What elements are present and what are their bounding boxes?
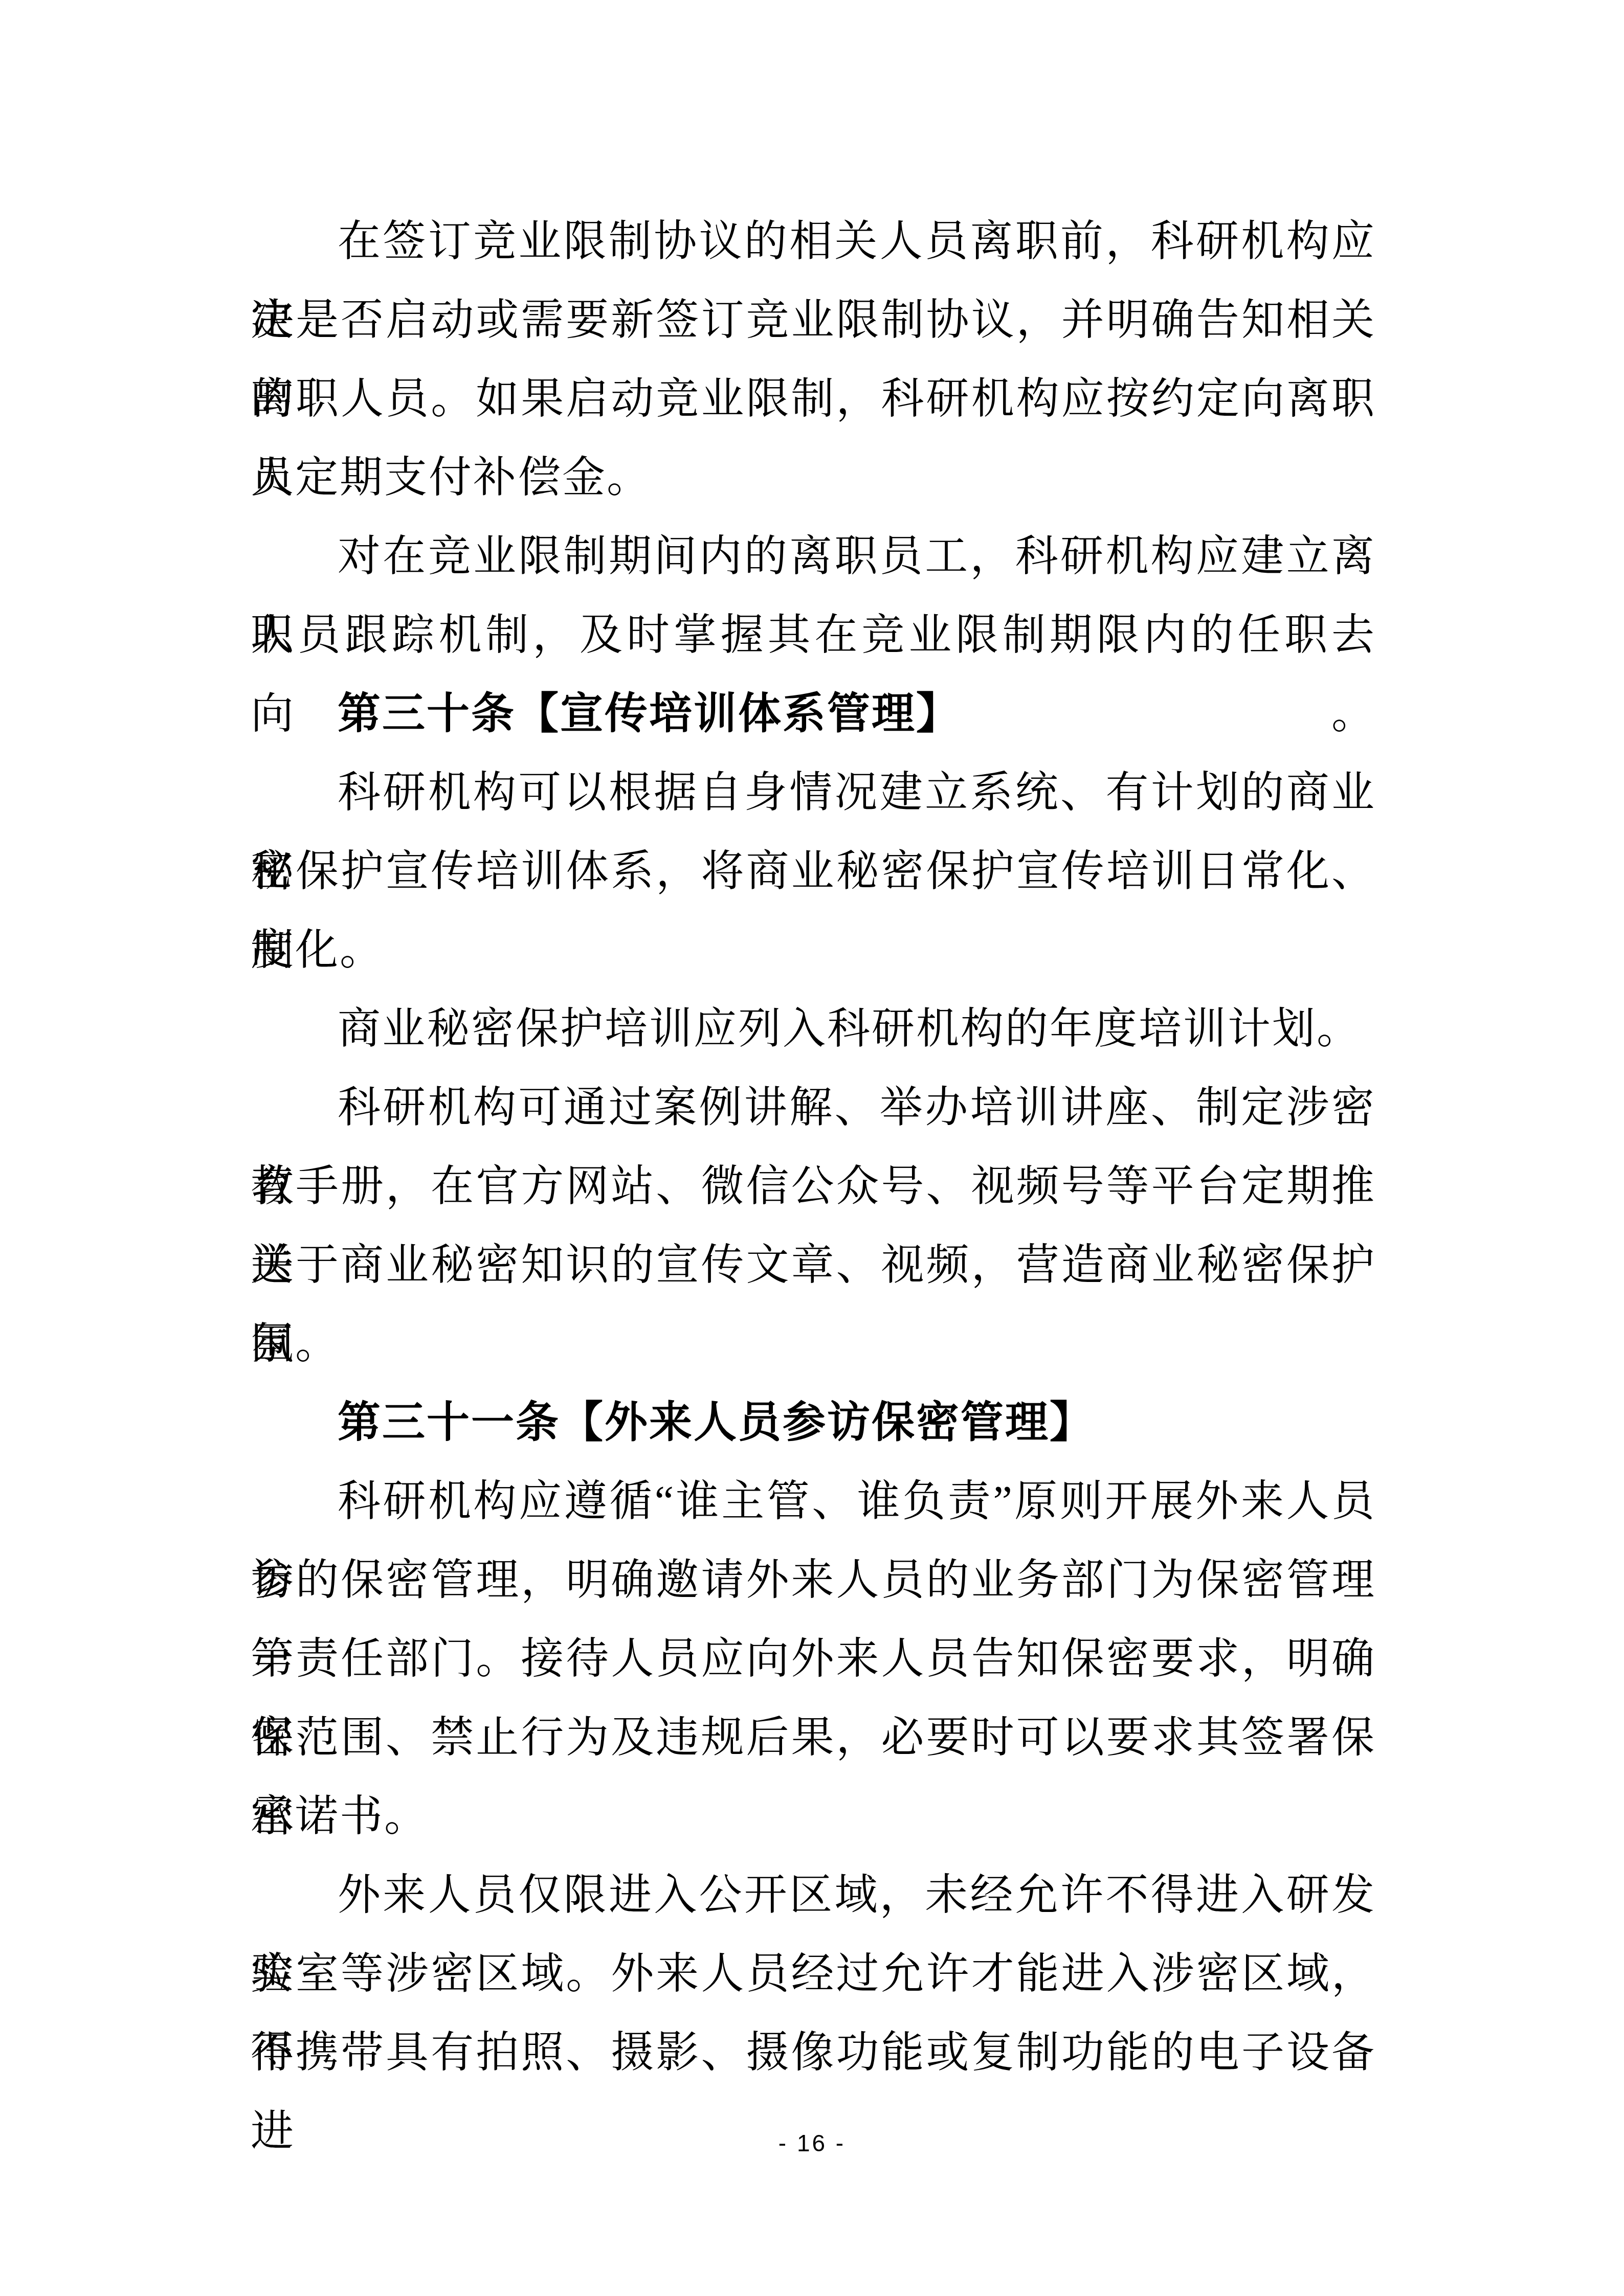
text-line: 承诺书。 <box>251 1777 1376 1856</box>
text-line: 得携带具有拍照、摄影、摄像功能或复制功能的电子设备进 <box>251 2014 1376 2092</box>
article-heading: 第三十一条【外来人员参访保密管理】 <box>251 1384 1376 1462</box>
paragraph: 商业秘密保护培训应列入科研机构的年度培训计划。 <box>251 990 1376 1069</box>
text-line: 外来人员仅限进入公开区域，未经允许不得进入研发实 <box>251 1856 1376 1935</box>
text-line: 密范围、禁止行为及违规后果，必要时可以要求其签署保密 <box>251 1699 1376 1777</box>
paragraph: 科研机构可以根据自身情况建立系统、有计划的商业秘密保护宣传培训体系，将商业秘密保… <box>251 754 1376 990</box>
text-line: 一责任部门。接待人员应向外来人员告知保密要求，明确保 <box>251 1620 1376 1699</box>
paragraph: 科研机构可通过案例讲解、举办培训讲座、制定涉密教育手册，在官方网站、微信公众号、… <box>251 1069 1376 1384</box>
text-line: 关于商业秘密知识的宣传文章、视频，营造商业秘密保护氛 <box>251 1226 1376 1305</box>
paragraph: 对在竞业限制期间内的离职员工，科研机构应建立离职人员跟踪机制，及时掌握其在竞业限… <box>251 517 1376 675</box>
document-page: 在签订竞业限制协议的相关人员离职前，科研机构应决定是否启动或需要新签订竞业限制协… <box>0 0 1624 2296</box>
text-line: 验室等涉密区域。外来人员经过允许才能进入涉密区域，不 <box>251 1935 1376 2014</box>
heading-line: 第三十一条【外来人员参访保密管理】 <box>251 1384 1376 1462</box>
text-line: 科研机构应遵循“谁主管、谁负责”原则开展外来人员参 <box>251 1462 1376 1541</box>
page-number: - 16 - <box>0 2125 1624 2161</box>
text-line: 定是否启动或需要新签订竞业限制协议，并明确告知相关的 <box>251 281 1376 360</box>
text-line: 对在竞业限制期间内的离职员工，科研机构应建立离职 <box>251 517 1376 596</box>
text-line: 商业秘密保护培训应列入科研机构的年度培训计划。 <box>251 990 1376 1069</box>
paragraph: 科研机构应遵循“谁主管、谁负责”原则开展外来人员参访的保密管理，明确邀请外来人员… <box>251 1462 1376 1856</box>
text-line: 人员跟踪机制，及时掌握其在竞业限制期限内的任职去向。 <box>251 596 1376 675</box>
text-line: 科研机构可以根据自身情况建立系统、有计划的商业秘 <box>251 754 1376 832</box>
text-line: 密保护宣传培训体系，将商业秘密保护宣传培训日常化、制 <box>251 832 1376 911</box>
document-body: 在签订竞业限制协议的相关人员离职前，科研机构应决定是否启动或需要新签订竞业限制协… <box>251 202 1376 2092</box>
text-line: 科研机构可通过案例讲解、举办培训讲座、制定涉密教 <box>251 1069 1376 1147</box>
text-line: 员定期支付补偿金。 <box>251 439 1376 517</box>
text-line: 访的保密管理，明确邀请外来人员的业务部门为保密管理第 <box>251 1541 1376 1620</box>
text-line: 度化。 <box>251 911 1376 990</box>
paragraph: 在签订竞业限制协议的相关人员离职前，科研机构应决定是否启动或需要新签订竞业限制协… <box>251 202 1376 517</box>
text-line: 围。 <box>251 1305 1376 1384</box>
paragraph: 外来人员仅限进入公开区域，未经允许不得进入研发实验室等涉密区域。外来人员经过允许… <box>251 1856 1376 2092</box>
text-line: 离职人员。如果启动竞业限制，科研机构应按约定向离职人 <box>251 360 1376 439</box>
text-line: 在签订竞业限制协议的相关人员离职前，科研机构应决 <box>251 202 1376 281</box>
text-line: 育手册，在官方网站、微信公众号、视频号等平台定期推送 <box>251 1147 1376 1226</box>
